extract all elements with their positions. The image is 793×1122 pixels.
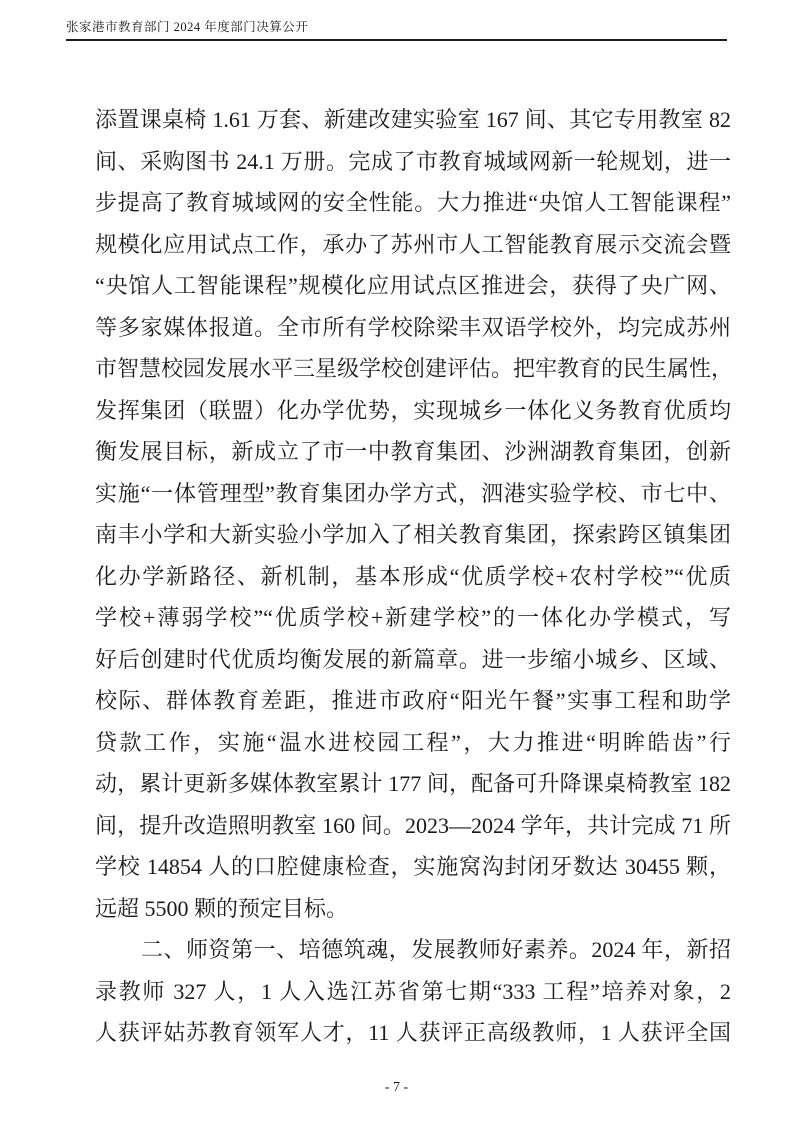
text-line: 贷款工作，实施“温水进校园工程”，大力推进“明眸皓齿”行 [95,722,731,764]
document-page: 张家港市教育部门 2024 年度部门决算公开 添置课桌椅 1.61 万套、新建改… [0,0,793,1122]
text-line: 动，累计更新多媒体教室累计 177 间，配备可升降课桌椅教室 182 [95,763,731,805]
header-divider [66,39,727,41]
text-line: 录教师 327 人，1 人入选江苏省第七期“333 工程”培养对象，2 [95,971,731,1013]
document-body: 添置课桌椅 1.61 万套、新建改建实验室 167 间、其它专用教室 82 间、… [95,99,731,1054]
text-line: 衡发展目标，新成立了市一中教育集团、沙洲湖教育集团，创新 [95,431,731,473]
paragraph-2: 二、师资第一、培德筑魂，发展教师好素养。2024 年，新招 录教师 327 人，… [95,929,731,1054]
text-line: 发挥集团（联盟）化办学优势，实现城乡一体化义务教育优质均 [95,390,731,432]
text-line: “央馆人工智能课程”规模化应用试点区推进会，获得了央广网、 [95,265,731,307]
page-number: - 7 - [385,1080,408,1095]
text-line: 二、师资第一、培德筑魂，发展教师好素养。2024 年，新招 [95,929,731,971]
text-line: 远超 5500 颗的预定目标。 [95,888,731,930]
paragraph-1: 添置课桌椅 1.61 万套、新建改建实验室 167 间、其它专用教室 82 间、… [95,99,731,929]
text-line: 等多家媒体报道。全市所有学校除梁丰双语学校外，均完成苏州 [95,307,731,349]
text-line: 实施“一体管理型”教育集团办学方式，泗港实验学校、市七中、 [95,473,731,515]
text-line: 学校+薄弱学校”“优质学校+新建学校”的一体化办学模式，写 [95,597,731,639]
text-line: 市智慧校园发展水平三星级学校创建评估。把牢教育的民生属性， [95,348,731,390]
text-line: 人获评姑苏教育领军人才，11 人获评正高级教师，1 人获评全国 [95,1012,731,1054]
text-line: 学校 14854 人的口腔健康检查，实施窝沟封闭牙数达 30455 颗， [95,846,731,888]
text-line: 校际、群体教育差距，推进市政府“阳光午餐”实事工程和助学 [95,680,731,722]
header-title: 张家港市教育部门 2024 年度部门决算公开 [66,18,727,36]
text-line: 规模化应用试点工作，承办了苏州市人工智能教育展示交流会暨 [95,224,731,266]
text-line: 步提高了教育城域网的安全性能。大力推进“央馆人工智能课程” [95,182,731,224]
page-footer: - 7 - [0,1080,793,1096]
text-line: 间、采购图书 24.1 万册。完成了市教育城域网新一轮规划，进一 [95,141,731,183]
text-line: 化办学新路径、新机制，基本形成“优质学校+农村学校”“优质 [95,556,731,598]
text-line: 添置课桌椅 1.61 万套、新建改建实验室 167 间、其它专用教室 82 [95,99,731,141]
text-line: 间，提升改造照明教室 160 间。2023—2024 学年，共计完成 71 所 [95,805,731,847]
text-line: 好后创建时代优质均衡发展的新篇章。进一步缩小城乡、区域、 [95,639,731,681]
text-line: 南丰小学和大新实验小学加入了相关教育集团，探索跨区镇集团 [95,514,731,556]
